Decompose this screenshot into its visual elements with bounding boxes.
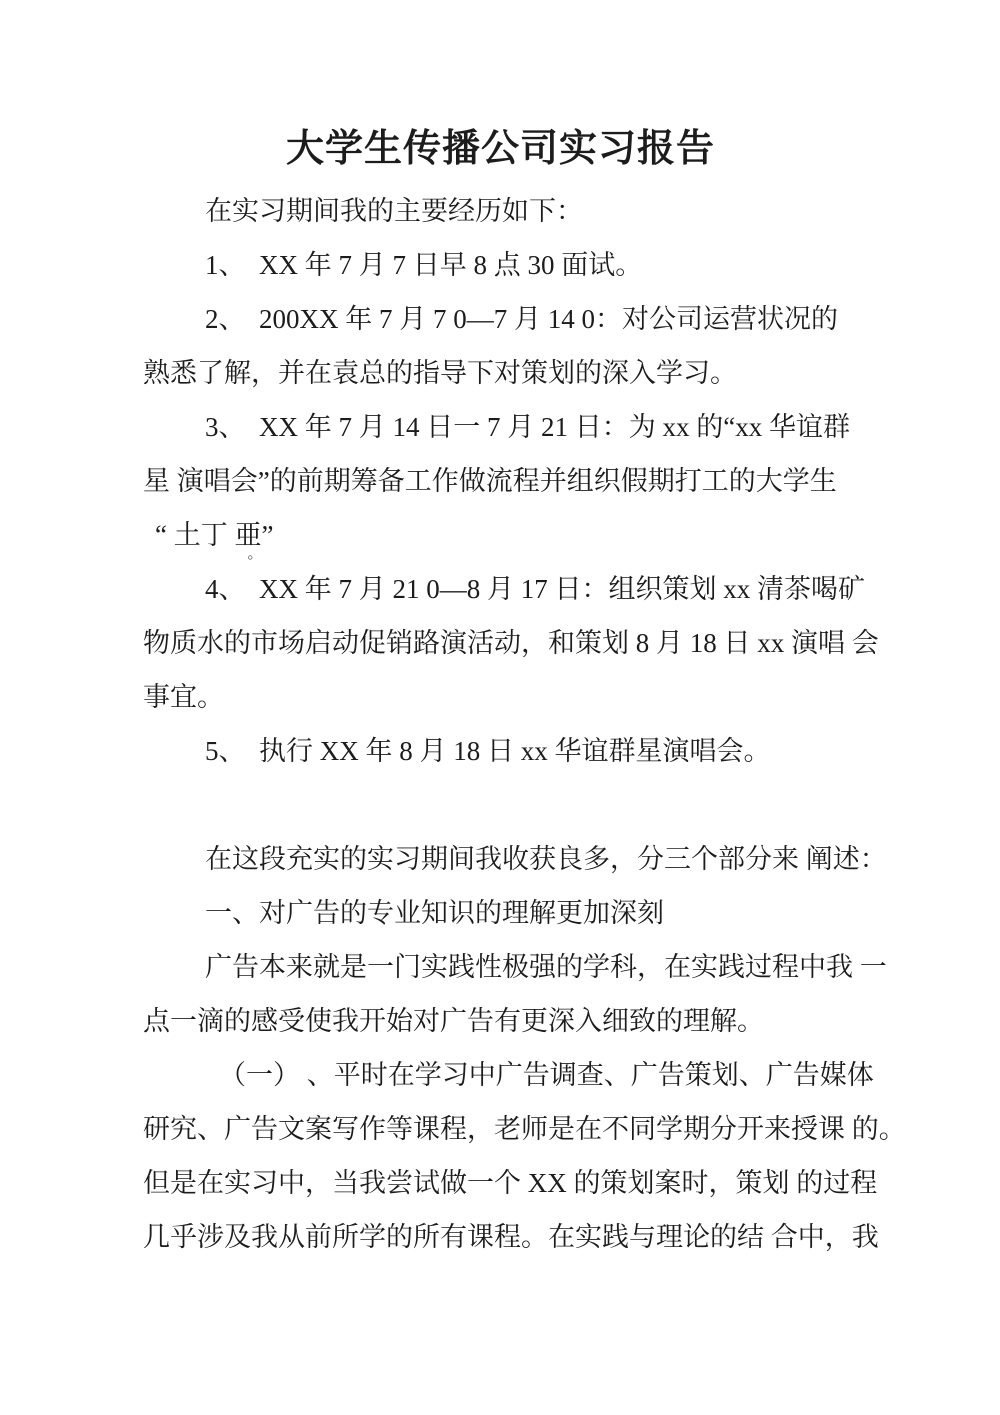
text-line: 物质水的市场启动促销路演活动，和策划 8 月 18 日 xx 演唱 会 [143, 616, 858, 670]
document-body: 在实习期间我的主要经历如下：1、 XX 年 7 月 7 日早 8 点 30 面试… [143, 184, 858, 1264]
text-line: 广告本来就是一门实践性极强的学科，在实践过程中我 一 [143, 940, 858, 994]
text-line: （一） 、平时在学习中广告调查、广告策划、广告媒体 [143, 1048, 858, 1102]
text-line: 事宜。 [143, 670, 858, 724]
text-line: 4、 XX 年 7 月 21 0—8 月 17 日：组织策划 xx 清茶喝矿 [143, 562, 858, 616]
blank-line [143, 778, 858, 832]
text-line: 星 演唱会”的前期筹备工作做流程并组织假期打工的大学生 [143, 454, 858, 508]
text-line: 但是在实习中，当我尝试做一个 XX 的策划案时，策划 的过程 [143, 1156, 858, 1210]
text-line: 5、 执行 XX 年 8 月 18 日 xx 华谊群星演唱会。 [143, 724, 858, 778]
text-line: 在实习期间我的主要经历如下： [143, 184, 858, 238]
text-line: 熟悉了解，并在袁总的指导下对策划的深入学习。 [143, 346, 858, 400]
document-page: 大学生传播公司实习报告 在实习期间我的主要经历如下：1、 XX 年 7 月 7 … [0, 0, 1000, 1415]
text-line: 3、 XX 年 7 月 14 日一 7 月 21 日：为 xx 的“xx 华谊群 [143, 400, 858, 454]
text-line: 几乎涉及我从前所学的所有课程。在实践与理论的结 合中，我 [143, 1210, 858, 1264]
text-line: 在这段充实的实习期间我收获良多，分三个部分来 阐述： [143, 832, 858, 886]
text-line: 点一滴的感受使我开始对广告有更深入细致的理解。 [143, 994, 858, 1048]
text-line: 研究、广告文案写作等课程，老师是在不同学期分开来授课 的。 [143, 1102, 858, 1156]
text-line: “ 土丁 亜”。 [143, 508, 858, 562]
text-line: 2、 200XX 年 7 月 7 0—7 月 14 0：对公司运营状况的 [143, 292, 858, 346]
document-title: 大学生传播公司实习报告 [143, 124, 858, 174]
text-line: 1、 XX 年 7 月 7 日早 8 点 30 面试。 [143, 238, 858, 292]
text-line: 一、对广告的专业知识的理解更加深刻 [143, 886, 858, 940]
